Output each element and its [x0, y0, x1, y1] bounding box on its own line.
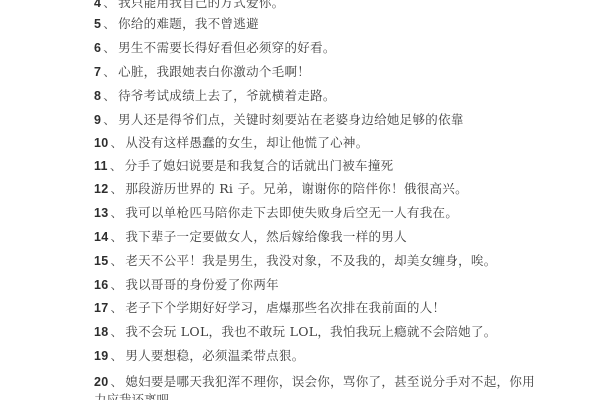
item-text: 男人要想稳，必须温柔带点狠。	[125, 348, 304, 363]
document-page: 4、我只能用我自己的方式爱你。 5、你给的难题，我不曾逃避 6、男生不需要长得好…	[0, 0, 600, 400]
item-separator: 、	[103, 112, 116, 127]
item-separator: 、	[111, 135, 124, 150]
item-separator: 、	[111, 300, 124, 315]
item-text: 心脏，我跟她表白你激动个毛啊！	[118, 64, 310, 79]
item-text: 分手了媳妇说要是和我复合的话就出门被车撞死	[125, 158, 394, 173]
list-item: 15、老天不公平！我是男生，我没对象，不及我的，却美女缠身，唉。	[94, 253, 497, 269]
list-item: 14、我下辈子一定要做女人，然后嫁给像我一样的男人	[94, 229, 407, 245]
item-text: 媳妇要是哪天我犯浑不理你，误会你，骂你了，甚至说分手对不起，你用	[125, 374, 535, 389]
list-item: 16、我以哥哥的身份爱了你两年	[94, 277, 279, 293]
item-separator: 、	[111, 324, 124, 339]
item-separator: 、	[111, 277, 124, 292]
item-number: 5	[94, 17, 101, 31]
list-item: 13、我可以单枪匹马陪你走下去即使失败身后空无一人有我在。	[94, 205, 458, 221]
list-item: 8、待爷考试成绩上去了，爷就横着走路。	[94, 88, 336, 104]
item-number: 9	[94, 113, 101, 127]
item-number: 19	[94, 349, 109, 363]
list-item: 9、男人还是得爷们点，关键时刻要站在老婆身边给她足够的依靠	[94, 112, 464, 128]
list-item: 18、我不会玩 LOL，我也不敢玩 LOL，我怕我玩上瘾就不会陪她了。	[94, 324, 497, 340]
item-number: 8	[94, 89, 101, 103]
item-text: 我可以单枪匹马陪你走下去即使失败身后空无一人有我在。	[125, 205, 458, 220]
list-item: 11、分手了媳妇说要是和我复合的话就出门被车撞死	[94, 158, 393, 174]
item-number: 15	[94, 254, 109, 268]
item-number: 10	[94, 136, 109, 150]
item-separator: 、	[103, 64, 116, 79]
item-continuation-text: 力应我还离吧	[94, 392, 169, 400]
item-number: 14	[94, 230, 109, 244]
item-separator: 、	[110, 158, 123, 173]
item-number: 12	[94, 182, 109, 196]
item-text: 从没有这样愚蠢的女生，却让他慌了心神。	[125, 135, 368, 150]
list-item: 19、男人要想稳，必须温柔带点狠。	[94, 348, 305, 364]
item-text: 你给的难题，我不曾逃避	[118, 16, 259, 31]
item-separator: 、	[111, 348, 124, 363]
item-text: 老天不公平！我是男生，我没对象，不及我的，却美女缠身，唉。	[125, 253, 496, 268]
item-separator: 、	[111, 229, 124, 244]
item-separator: 、	[103, 40, 116, 55]
list-item: 7、心脏，我跟她表白你激动个毛啊！	[94, 64, 310, 80]
item-text: 我下辈子一定要做女人，然后嫁给像我一样的男人	[125, 229, 407, 244]
item-number: 17	[94, 301, 109, 315]
item-number: 16	[94, 278, 109, 292]
item-text: 那段游历世界的 Ri 子。兄弟，谢谢你的陪伴你！俄很高兴。	[125, 181, 468, 196]
item-number: 4	[94, 0, 101, 10]
item-text: 我以哥哥的身份爱了你两年	[125, 277, 279, 292]
item-separator: 、	[111, 181, 124, 196]
item-number: 18	[94, 325, 109, 339]
item-text: 老子下个学期好好学习，虐爆那些名次排在我前面的人！	[125, 300, 445, 315]
item-text: 男生不需要长得好看但必须穿的好看。	[118, 40, 336, 55]
item-text: 我不会玩 LOL，我也不敢玩 LOL，我怕我玩上瘾就不会陪她了。	[125, 324, 496, 339]
list-item: 4、我只能用我自己的方式爱你。	[94, 0, 284, 11]
item-text: 男人还是得爷们点，关键时刻要站在老婆身边给她足够的依靠	[118, 112, 464, 127]
item-number: 20	[94, 375, 109, 389]
list-item: 20、媳妇要是哪天我犯浑不理你，误会你，骂你了，甚至说分手对不起，你用	[94, 374, 535, 390]
list-item: 12、那段游历世界的 Ri 子。兄弟，谢谢你的陪伴你！俄很高兴。	[94, 181, 468, 197]
item-text: 我只能用我自己的方式爱你。	[118, 0, 284, 10]
list-item: 17、老子下个学期好好学习，虐爆那些名次排在我前面的人！	[94, 300, 445, 316]
item-separator: 、	[111, 253, 124, 268]
list-item: 6、男生不需要长得好看但必须穿的好看。	[94, 40, 336, 56]
item-separator: 、	[111, 205, 124, 220]
item-separator: 、	[103, 0, 116, 10]
item-separator: 、	[103, 88, 116, 103]
item-number: 13	[94, 206, 109, 220]
item-number: 6	[94, 41, 101, 55]
item-number: 7	[94, 65, 101, 79]
item-separator: 、	[103, 16, 116, 31]
list-item: 5、你给的难题，我不曾逃避	[94, 16, 259, 32]
item-text: 待爷考试成绩上去了，爷就横着走路。	[118, 88, 336, 103]
item-number: 11	[94, 159, 108, 173]
list-item: 10、从没有这样愚蠢的女生，却让他慌了心神。	[94, 135, 369, 151]
item-separator: 、	[111, 374, 124, 389]
